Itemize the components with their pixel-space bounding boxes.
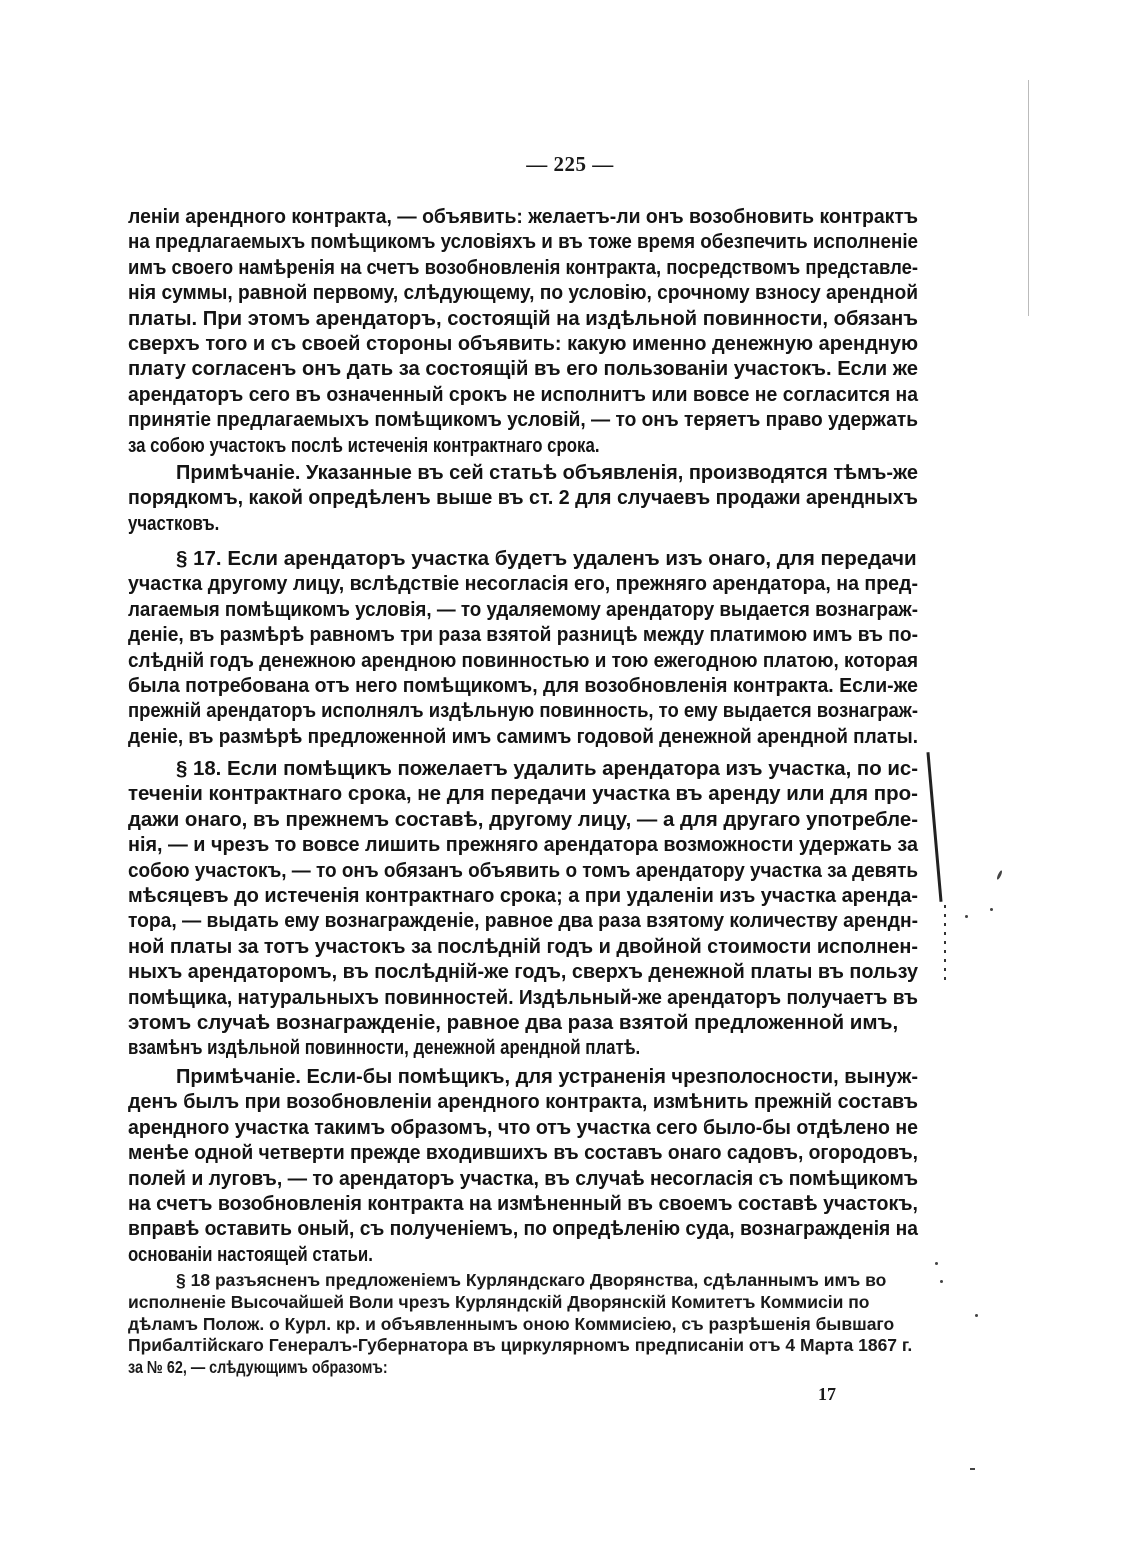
text-line: исполненiе Высочайшей Воли чрезъ Курлянд… bbox=[128, 1292, 918, 1314]
text-line: прежнiй арендаторъ исполнялъ издѣльную п… bbox=[128, 698, 918, 723]
text-line: имъ своего намѣренiя на счетъ возобновле… bbox=[128, 255, 918, 280]
margin-speck bbox=[975, 1314, 978, 1317]
text-line: за № 62, — слѣдующимъ образомъ: bbox=[128, 1357, 918, 1379]
margin-speck bbox=[935, 1262, 938, 1265]
text-line: участковъ. bbox=[128, 511, 918, 536]
margin-tick-mark bbox=[996, 870, 1003, 880]
text-line: этомъ случаѣ вознагражденiе, равное два … bbox=[128, 1010, 918, 1035]
text-line: денъ былъ при возобновленiи арендного ко… bbox=[128, 1089, 918, 1114]
text-line: денiе, въ размѣрѣ предложенной имъ самим… bbox=[128, 724, 918, 749]
text-line: взамѣнъ издѣльной повинности, денежной а… bbox=[128, 1035, 918, 1060]
text-line: слѣднiй годъ денежною арендною повинност… bbox=[128, 648, 918, 673]
text-line: дѣламъ Полож. о Курл. кр. и объявленнымъ… bbox=[128, 1314, 918, 1336]
note-paragraph-2: Примѣчанiе. Если-бы помѣщикъ, для устран… bbox=[128, 1064, 918, 1267]
margin-speck bbox=[965, 915, 968, 918]
text-line: менѣе одной четверти прежде входившихъ в… bbox=[128, 1140, 918, 1165]
text-run: Если помѣщикъ пожелаетъ удалить арендато… bbox=[227, 757, 918, 780]
text-line: порядкомъ, какой опредѣленъ выше въ ст. … bbox=[128, 485, 918, 510]
text-line: собою участокъ, — то онъ обязанъ объявит… bbox=[128, 858, 918, 883]
text-line: нiя, — и чрезъ то вовсе лишить прежняго … bbox=[128, 832, 918, 857]
margin-line-mark bbox=[926, 752, 942, 902]
text-line: была потребована отъ него помѣщикомъ, дл… bbox=[128, 673, 918, 698]
text-line: вправѣ оставить оный, съ полученiемъ, по… bbox=[128, 1216, 918, 1241]
text-run: Указанные въ сей статьѣ объявленiя, прои… bbox=[306, 461, 918, 484]
text-line: платы. При этомъ арендаторъ, состоящiй н… bbox=[128, 306, 918, 331]
text-run: Если арендаторъ участка будетъ удаленъ и… bbox=[227, 547, 916, 570]
note-paragraph-1: Примѣчанiе. Указанные въ сей статьѣ объя… bbox=[128, 460, 918, 536]
paragraph-continuation: ленiи арендного контракта, — объявить: ж… bbox=[128, 204, 918, 458]
page-number: — 225 — bbox=[0, 152, 1140, 177]
text-line: на предлагаемыхъ помѣщикомъ условiяхъ и … bbox=[128, 229, 918, 254]
text-line: основанiи настоящей статьи. bbox=[128, 1242, 918, 1267]
text-run: разъясненъ предложенiемъ Курляндскаго Дв… bbox=[215, 1270, 886, 1290]
note-label: Примѣчанiе. bbox=[176, 461, 300, 484]
scan-edge-line bbox=[1028, 80, 1029, 316]
text-line: нiя суммы, равной первому, слѣдующему, п… bbox=[128, 280, 918, 305]
text-line: на счетъ возобновленiя контракта на измѣ… bbox=[128, 1191, 918, 1216]
text-run: Если-бы помѣщикъ, для устраненiя чрезпол… bbox=[307, 1065, 918, 1088]
note-first-line: Примѣчанiе. Указанные въ сей статьѣ объя… bbox=[128, 460, 918, 485]
text-line: помѣщика, натуральныхъ повинностей. Издѣ… bbox=[128, 985, 918, 1010]
text-line: лагаемыя помѣщикомъ условiя, — то удаляе… bbox=[128, 597, 918, 622]
text-line: ной платы за тотъ участокъ за послѣднiй … bbox=[128, 934, 918, 959]
section-17: § 17. Если арендаторъ участка будетъ уда… bbox=[128, 546, 918, 749]
text-line: арендного участка такимъ образомъ, что о… bbox=[128, 1115, 918, 1140]
footnote-label: § 18 bbox=[176, 1270, 210, 1290]
text-line: полей и луговъ, — то арендаторъ участка,… bbox=[128, 1166, 918, 1191]
text-line: ныхъ арендаторомъ, въ послѣднiй-же годъ,… bbox=[128, 959, 918, 984]
section-18: § 18. Если помѣщикъ пожелаетъ удалить ар… bbox=[128, 756, 918, 1061]
text-line: теченiи контрактнаго срока, не для перед… bbox=[128, 781, 918, 806]
scanned-page: — 225 — ленiи арендного контракта, — объ… bbox=[0, 0, 1140, 1562]
footnote-first-line: § 18 разъясненъ предложенiемъ Курляндска… bbox=[128, 1270, 918, 1292]
margin-speck bbox=[990, 908, 993, 911]
section-label: § 17. bbox=[176, 547, 222, 570]
text-line: дажи онаго, въ прежнемъ составѣ, другому… bbox=[128, 807, 918, 832]
text-line: тора, — выдать ему вознагражденiе, равно… bbox=[128, 908, 918, 933]
text-line: принятiе предлагаемыхъ помѣщикомъ условi… bbox=[128, 407, 918, 432]
section-first-line: § 18. Если помѣщикъ пожелаетъ удалить ар… bbox=[128, 756, 918, 781]
margin-dotted-mark bbox=[944, 905, 946, 985]
margin-speck bbox=[970, 1468, 975, 1470]
footnote-block: § 18 разъясненъ предложенiемъ Курляндска… bbox=[128, 1270, 918, 1379]
signature-mark: 17 bbox=[818, 1384, 836, 1405]
note-first-line: Примѣчанiе. Если-бы помѣщикъ, для устран… bbox=[128, 1064, 918, 1089]
text-line: плату согласенъ онъ дать за состоящiй въ… bbox=[128, 356, 918, 381]
text-line: денiе, въ размѣрѣ равномъ три раза взято… bbox=[128, 622, 918, 647]
note-label: Примѣчанiе. bbox=[176, 1065, 301, 1088]
section-first-line: § 17. Если арендаторъ участка будетъ уда… bbox=[128, 546, 918, 571]
text-line: сверхъ того и съ своей стороны объявить:… bbox=[128, 331, 918, 356]
text-line: Прибалтiйскаго Генералъ-Губернатора въ ц… bbox=[128, 1335, 918, 1357]
text-line: мѣсяцевъ до истеченiя контрактнаго срока… bbox=[128, 883, 918, 908]
text-line: участка другому лицу, вслѣдствiе несогла… bbox=[128, 571, 918, 596]
text-line: ленiи арендного контракта, — объявить: ж… bbox=[128, 204, 918, 229]
section-label: § 18. bbox=[176, 757, 221, 780]
text-line: арендаторъ сего въ означенный срокъ не и… bbox=[128, 382, 918, 407]
text-line: за собою участокъ послѣ истеченiя контра… bbox=[128, 433, 918, 458]
margin-speck bbox=[940, 1280, 943, 1283]
